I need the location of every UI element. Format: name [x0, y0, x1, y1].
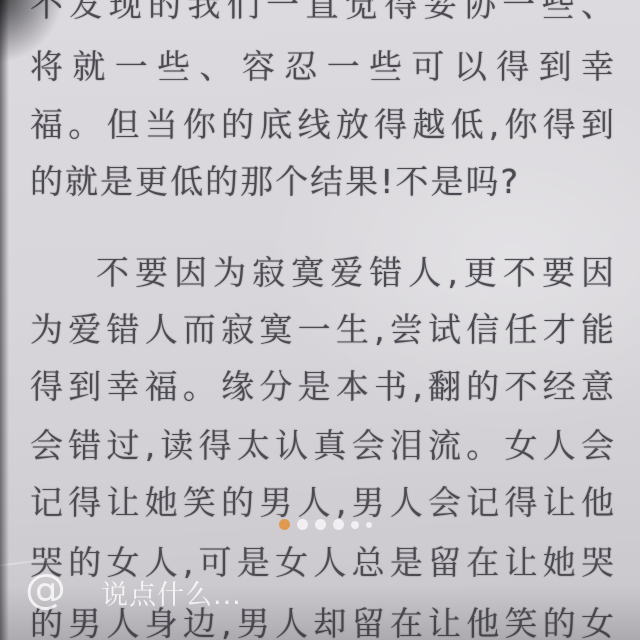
mention-at-icon[interactable]: @ — [25, 569, 66, 610]
carousel-dot — [297, 519, 308, 530]
handwritten-line: 的就是更低的那个结果!不是吗? — [30, 161, 518, 202]
carousel-dot-active — [279, 519, 290, 530]
handwritten-line: 记得让她笑的男人,男人会记得让他 — [30, 482, 614, 523]
carousel-dot — [315, 519, 326, 530]
carousel-dot — [333, 519, 344, 530]
handwritten-line: 不发现的我们一直觉得妥协一些、 — [30, 0, 614, 25]
handwritten-line: 为爱错人而寂寞一生,尝试信任才能 — [30, 309, 614, 350]
handwritten-line: 将就一些、容忍一些可以得到幸 — [30, 46, 614, 87]
carousel-dot — [351, 521, 359, 529]
handwritten-line: 得到幸福。缘分是本书,翻的不经意 — [30, 366, 614, 407]
handwritten-line: 会错过,读得太认真会泪流。女人会 — [30, 425, 614, 466]
photo-slide[interactable]: 不发现的我们一直觉得妥协一些、 将就一些、容忍一些可以得到幸 福。但当你的底线放… — [0, 0, 640, 640]
carousel-dot — [366, 522, 372, 528]
handwritten-line: 福。但当你的底线放得越低,你得到 — [30, 104, 614, 145]
comment-input-placeholder[interactable]: 说点什么... — [101, 581, 242, 611]
handwritten-line: 不要因为寂寞爱错人,更不要因 — [96, 252, 614, 293]
handwritten-line: 哭的女人,可是女人总是留在让她哭 — [30, 542, 614, 583]
carousel-dots — [279, 519, 372, 530]
